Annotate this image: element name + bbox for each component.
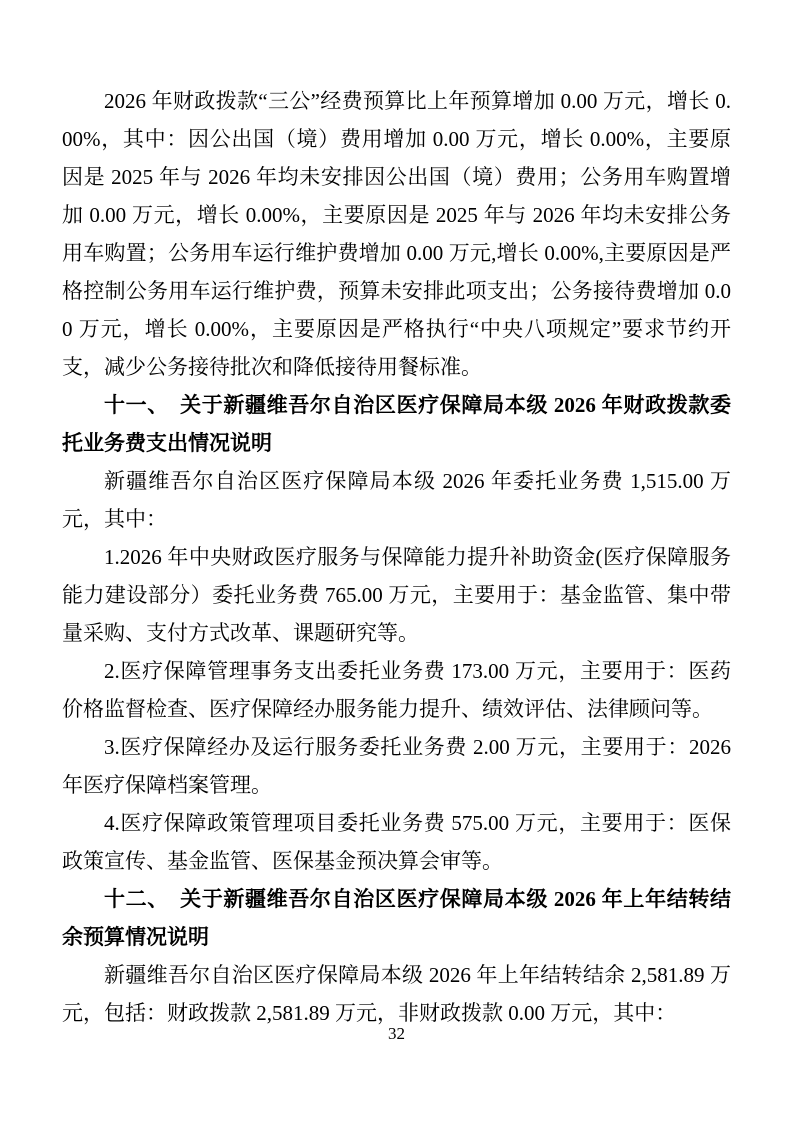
- paragraph-item-4-policy-management: 4.医疗保障政策管理项目委托业务费 575.00 万元，主要用于：医保政策宣传、…: [62, 804, 731, 880]
- section-heading-12-carryover-surplus: 十二、 关于新疆维吾尔自治区医疗保障局本级 2026 年上年结转结余预算情况说明: [62, 880, 731, 956]
- paragraph-item-1-central-subsidy: 1.2026 年中央财政医疗服务与保障能力提升补助资金(医疗保障服务能力建设部分…: [62, 538, 731, 652]
- paragraph-item-2-management-affairs: 2.医疗保障管理事务支出委托业务费 173.00 万元，主要用于：医药价格监督检…: [62, 652, 731, 728]
- page-footer: 32: [0, 1022, 793, 1046]
- document-content: 2026 年财政拨款“三公”经费预算比上年预算增加 0.00 万元，增长 0.0…: [62, 82, 731, 1032]
- section-heading-11-entrusted-business-fees: 十一、 关于新疆维吾尔自治区医疗保障局本级 2026 年财政拨款委托业务费支出情…: [62, 386, 731, 462]
- document-page: 2026 年财政拨款“三公”经费预算比上年预算增加 0.00 万元，增长 0.0…: [0, 0, 793, 1122]
- paragraph-entrusted-fees-total: 新疆维吾尔自治区医疗保障局本级 2026 年委托业务费 1,515.00 万元，…: [62, 462, 731, 538]
- paragraph-three-public-funds-change: 2026 年财政拨款“三公”经费预算比上年预算增加 0.00 万元，增长 0.0…: [62, 82, 731, 386]
- page-number: 32: [388, 1024, 405, 1043]
- paragraph-item-3-operation-services: 3.医疗保障经办及运行服务委托业务费 2.00 万元，主要用于：2026 年医疗…: [62, 728, 731, 804]
- paragraph-carryover-surplus-total: 新疆维吾尔自治区医疗保障局本级 2026 年上年结转结余 2,581.89 万元…: [62, 956, 731, 1032]
